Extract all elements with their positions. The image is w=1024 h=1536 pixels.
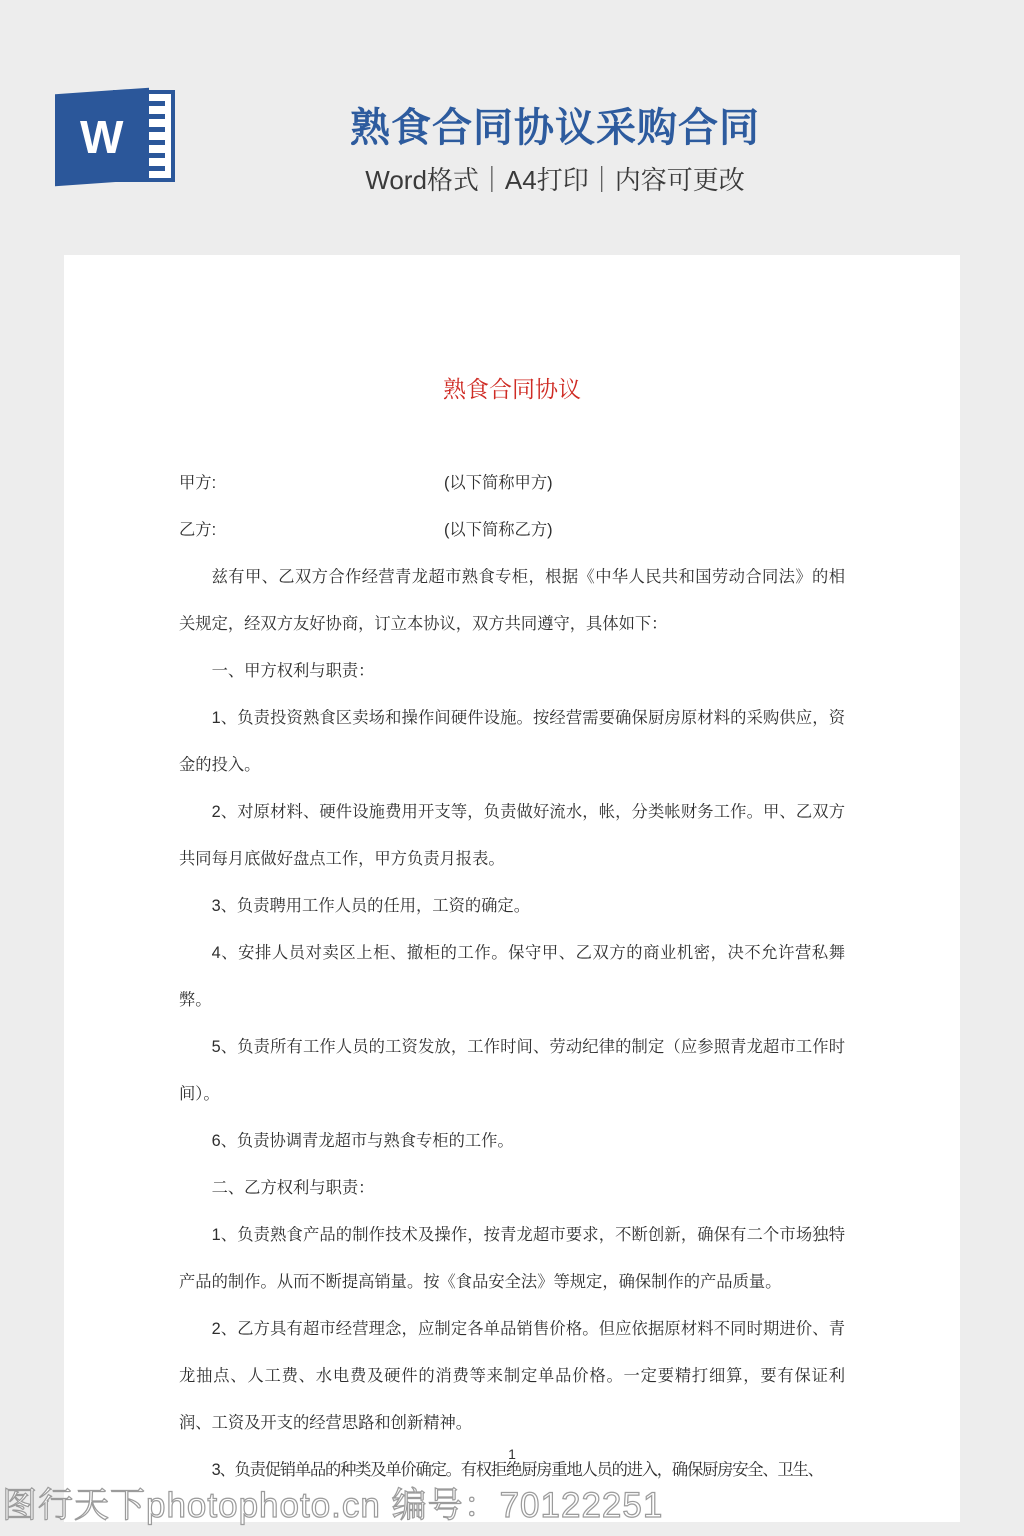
- party-b-label: 乙方:: [179, 507, 444, 554]
- section-heading: 一、甲方权利与职责：: [179, 648, 845, 695]
- template-title: 熟食合同协议采购合同: [86, 96, 1024, 153]
- site-watermark: 图行天下photophoto.cn 编号：70122251: [2, 1478, 663, 1528]
- paragraph: 1、负责投资熟食区卖场和操作间硬件设施。按经营需要确保厨房原材料的采购供应，资金…: [179, 695, 845, 789]
- paragraph: 6、负责协调青龙超市与熟食专柜的工作。: [179, 1118, 845, 1165]
- paragraph: 4、安排人员对卖区上柜、撤柜的工作。保守甲、乙双方的商业机密，决不允许营私舞弊。: [179, 930, 845, 1024]
- template-subtitle: Word格式｜A4打印｜内容可更改: [86, 160, 1024, 197]
- paragraph: 1、负责熟食产品的制作技术及操作，按青龙超市要求，不断创新，确保有二个市场独特产…: [179, 1212, 845, 1306]
- party-b-line: 乙方:(以下简称乙方): [179, 507, 845, 554]
- paragraph: 2、对原材料、硬件设施费用开支等，负责做好流水，帐，分类帐财务工作。甲、乙双方共…: [179, 789, 845, 883]
- document-title: 熟食合同协议: [179, 373, 845, 405]
- document-body: 甲方:(以下简称甲方) 乙方:(以下简称乙方) 兹有甲、乙双方合作经营青龙超市熟…: [179, 460, 845, 1494]
- paragraph: 兹有甲、乙双方合作经营青龙超市熟食专柜，根据《中华人民共和国劳动合同法》的相关规…: [179, 554, 845, 648]
- page-number: 1: [64, 1446, 960, 1462]
- template-header: W 熟食合同协议采购合同 Word格式｜A4打印｜内容可更改: [0, 0, 1024, 255]
- paragraph: 3、负责聘用工作人员的任用，工资的确定。: [179, 883, 845, 930]
- party-b-note: (以下简称乙方): [444, 521, 553, 539]
- party-a-note: (以下简称甲方): [444, 474, 553, 492]
- party-a-label: 甲方:: [179, 460, 444, 507]
- document-page: 熟食合同协议 甲方:(以下简称甲方) 乙方:(以下简称乙方) 兹有甲、乙双方合作…: [64, 255, 960, 1522]
- paragraph: 5、负责所有工作人员的工资发放，工作时间、劳动纪律的制定（应参照青龙超市工作时间…: [179, 1024, 845, 1118]
- paragraph: 2、乙方具有超市经营理念，应制定各单品销售价格。但应依据原材料不同时期进价、青龙…: [179, 1306, 845, 1447]
- party-a-line: 甲方:(以下简称甲方): [179, 460, 845, 507]
- section-heading: 二、乙方权利与职责：: [179, 1165, 845, 1212]
